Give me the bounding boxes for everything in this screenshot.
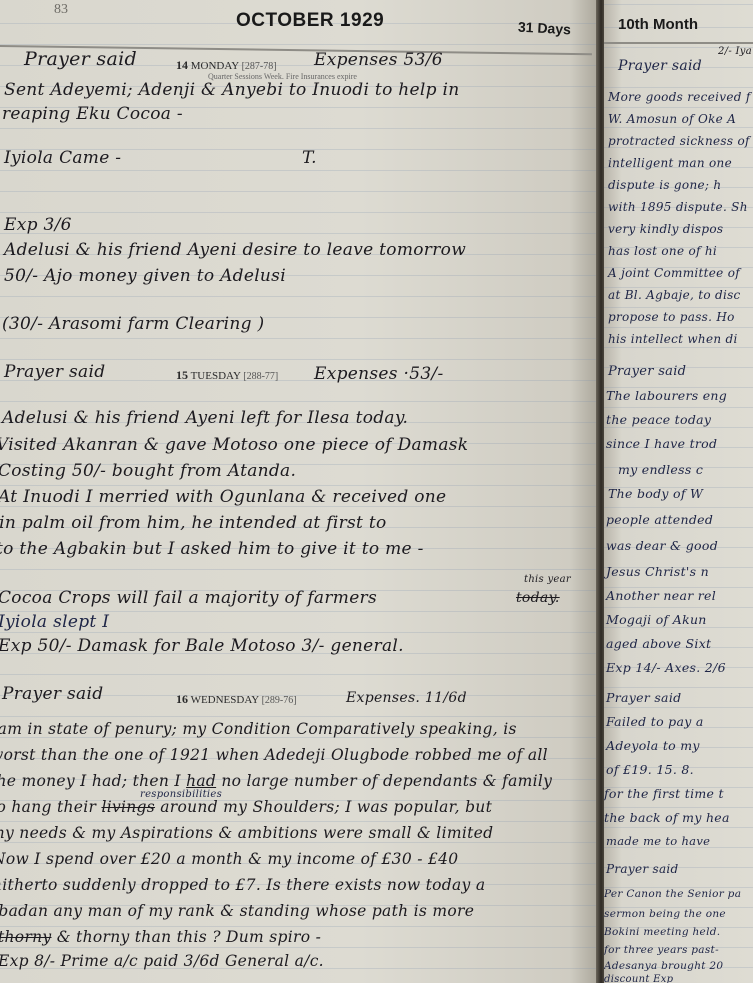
entry-line: Ibadan any man of my rank & standing who…: [0, 902, 474, 920]
prayer-note: Prayer said: [4, 362, 105, 382]
entry-line: The body of W: [608, 486, 703, 501]
entry-line: aged above Sixt: [606, 636, 711, 651]
entry-line: Prayer said: [608, 364, 686, 379]
entry-line: Per Canon the Senior pa: [604, 888, 741, 900]
entry-line: W. Amosun of Oke A: [608, 112, 736, 126]
entry-line: (30/- Arasomi farm Clearing ): [2, 314, 264, 334]
header-rule: [604, 42, 753, 44]
entry-line: the money I had; then I had no large num…: [0, 772, 552, 790]
day-count: [288-77]: [243, 371, 278, 382]
entry-line: dispute is gone; h: [608, 178, 721, 192]
entry-line: Adeyola to my: [606, 738, 700, 753]
entry-line: hitherto suddenly dropped to £7. Is ther…: [0, 876, 485, 894]
expenses-total: Expenses 53/6: [314, 50, 443, 70]
struck-word: today.: [516, 590, 560, 606]
entry-line: Another near rel: [606, 588, 716, 603]
entry-line: Cocoa Crops will fail a majority of farm…: [0, 588, 377, 608]
date-number: 15: [176, 368, 188, 382]
entry-line: Jesus Christ's n: [606, 564, 709, 579]
month-title: OCTOBER 1929: [236, 10, 384, 32]
entry-line: reaping Eku Cocoa -: [2, 104, 183, 124]
entry-line: since I have trod: [606, 436, 717, 451]
entry-line: Iyiola Came -: [4, 148, 121, 168]
expenses-total: Expenses ·53/-: [314, 364, 444, 384]
entry-line: T.: [302, 148, 317, 168]
entry-line: worst than the one of 1921 when Adedeji …: [0, 746, 548, 764]
entry-line: very kindly dispos: [608, 222, 723, 236]
entry-line: Prayer said: [618, 58, 702, 74]
entry-line: Sent Adeyemi; Adenji & Anyebi to Inuodi …: [4, 80, 460, 100]
entry-line: to the Agbakin but I asked him to give i…: [0, 539, 424, 559]
entry-line: Adesanya brought 20: [604, 960, 723, 972]
entry-line: the back of my hea: [604, 810, 730, 825]
date-number: 14: [176, 58, 188, 72]
entry-line: people attended: [606, 512, 713, 527]
entry-line: Mogaji of Akun: [606, 612, 707, 627]
entry-line: Costing 50/- bought from Atanda.: [0, 461, 296, 481]
entry-line: More goods received f: [608, 90, 751, 104]
entry-line: Prayer said: [606, 690, 681, 705]
page-number: 83: [54, 2, 68, 18]
day-count: [287-78]: [242, 61, 277, 72]
entry-line: Exp 50/- Damask for Bale Motoso 3/- gene…: [0, 636, 404, 656]
entry-line: the peace today: [606, 412, 711, 427]
entry-line: protracted sickness of: [608, 134, 750, 148]
weekday: TUESDAY: [191, 370, 241, 382]
entry-line: intelligent man one: [608, 156, 732, 170]
entry-line: Exp 3/6: [4, 215, 72, 235]
entry-line: Failed to pay a: [606, 714, 704, 729]
month-label: 10th Month: [618, 16, 698, 33]
inserted-word: responsibilities: [140, 789, 222, 800]
entry-line: made me to have: [606, 834, 710, 848]
days-count-label: 31 Days: [518, 19, 572, 38]
diary-spread: 83 OCTOBER 1929 31 Days Prayer said 14 M…: [0, 0, 753, 983]
entry-line: my endless c: [618, 462, 703, 477]
entry-line: A joint Committee of: [608, 266, 740, 280]
entry-line: was dear & good: [606, 538, 718, 553]
entry-line: for three years past-: [604, 944, 719, 956]
left-page: 83 OCTOBER 1929 31 Days Prayer said 14 M…: [0, 0, 600, 983]
entry-line: of £19. 15. 8.: [606, 762, 694, 777]
entry-line: Exp 14/- Axes. 2/6: [606, 660, 726, 675]
day-heading: 16 WEDNESDAY [289-76]: [176, 692, 297, 707]
entry-line: Exp 8/- Prime a/c paid 3/6d General a/c.: [0, 952, 324, 970]
underlined-word: had: [186, 772, 216, 790]
entry-line: tin palm oil from him, he intended at fi…: [0, 513, 387, 533]
entry-line: discount Exp: [604, 974, 673, 983]
date-number: 16: [176, 692, 188, 706]
entry-line: sermon being the one: [604, 908, 726, 920]
entry-line: 50/- Ajo money given to Adelusi: [4, 266, 286, 286]
struck-word: thorny: [0, 928, 52, 946]
right-page: 10th Month 2/- Iya Prayer said More good…: [604, 0, 753, 983]
entry-line: Visited Akanran & gave Motoso one piece …: [0, 435, 468, 455]
entry-line: Prayer said: [606, 862, 679, 876]
entry-line: my needs & my Aspirations & ambitions we…: [0, 824, 493, 842]
day-heading: 14 MONDAY [287-78]: [176, 58, 277, 73]
entry-line: The labourers eng: [606, 388, 727, 403]
entry-line: has lost one of hi: [608, 244, 717, 258]
entry-line: Bokini meeting held.: [604, 926, 720, 938]
entry-line: At Inuodi I merried with Ogunlana & rece…: [0, 487, 446, 507]
day-count: [289-76]: [262, 695, 297, 706]
entry-line: at Bl. Agbaje, to disc: [608, 288, 741, 302]
expenses-total: Expenses. 11/6d: [346, 690, 467, 706]
entry-line: his intellect when di: [608, 332, 738, 346]
entry-line: I am in state of penury; my Condition Co…: [0, 720, 517, 738]
top-note: 2/- Iya: [718, 46, 752, 57]
weekday: WEDNESDAY: [191, 694, 259, 706]
entry-line: to hang their livings around my Shoulder…: [0, 798, 492, 816]
prayer-note: Prayer said: [24, 48, 137, 70]
entry-line: with 1895 dispute. Sh: [608, 200, 748, 214]
entry-line: Adelusi & his friend Ayeni left for Iles…: [2, 408, 408, 428]
weekday: MONDAY: [191, 60, 239, 72]
prayer-note: Prayer said: [2, 684, 103, 704]
entry-line: for the first time t: [604, 786, 724, 801]
entry-line: Iyiola slept I: [0, 612, 109, 632]
entry-line: Adelusi & his friend Ayeni desire to lea…: [4, 240, 466, 260]
inserted-word: this year: [524, 574, 571, 585]
day-heading: 15 TUESDAY [288-77]: [176, 368, 278, 383]
struck-word: livings: [101, 798, 155, 816]
entry-line: propose to pass. Ho: [608, 310, 735, 324]
entry-line: Now I spend over £20 a month & my income…: [0, 850, 458, 868]
entry-line: thorny & thorny than this ? Dum spiro -: [0, 928, 321, 946]
